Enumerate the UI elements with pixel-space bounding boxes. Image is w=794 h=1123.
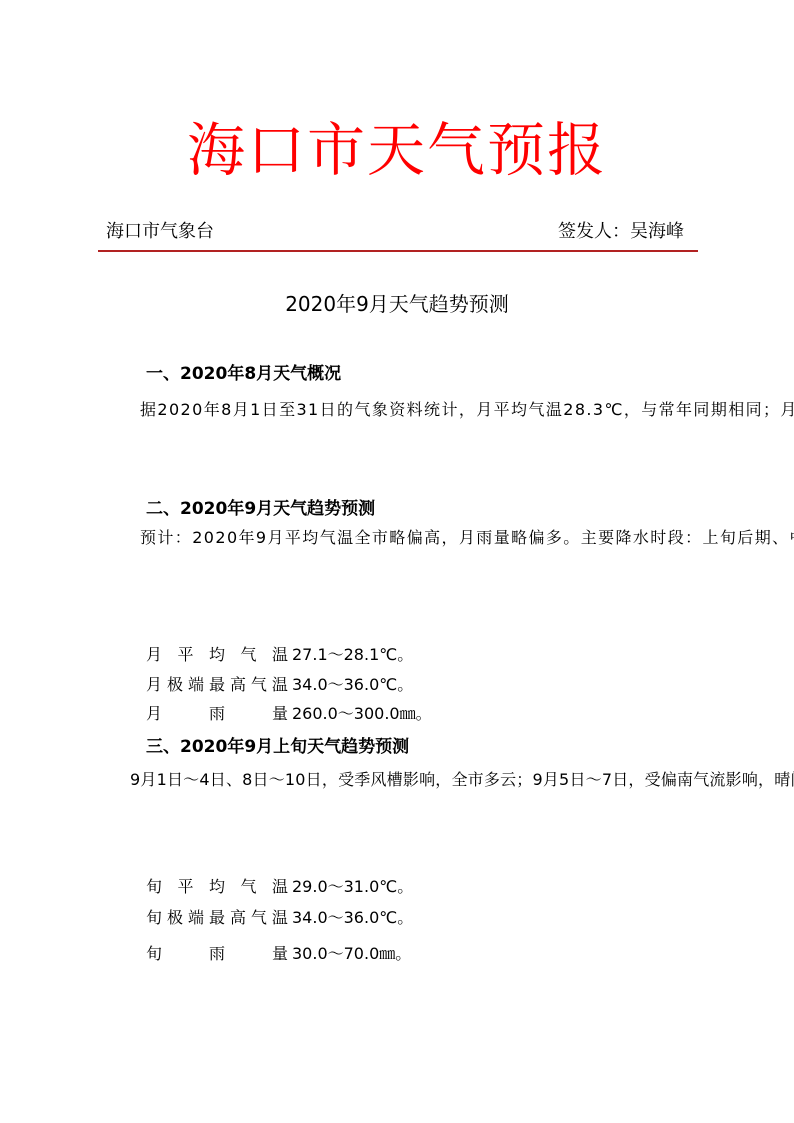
monthly-avg-temp-row: 月平均气温 27.1～28.1℃。 [146,643,413,667]
stat-value: 260.0～300.0㎜。 [292,702,432,726]
stat-label: 旬平均气温 [146,875,288,899]
stat-value: 34.0～36.0℃。 [292,673,413,697]
masthead-title: 海口市天气预报 [0,112,794,188]
monthly-max-temp-row: 月极端最高气温 34.0～36.0℃。 [146,673,413,697]
header-divider [98,250,698,252]
dekad-max-temp-row: 旬极端最高气温 34.0～36.0℃。 [146,906,413,930]
dekad-avg-temp-row: 旬平均气温 29.0～31.0℃。 [146,875,413,899]
section-3-body: 9月1日～4日、8日～10日，受季风槽影响，全市多云；9月5日～7日，受偏南气流… [106,762,696,798]
section-2-heading: 二、2020年9月天气趋势预测 [146,497,375,521]
stat-value: 34.0～36.0℃。 [292,906,413,930]
section-1-body: 据2020年8月1日至31日的气象资料统计，月平均气温28.3℃，与常年同期相同… [106,392,696,428]
section-2-body: 预计：2020年9月平均气温全市略偏高，月雨量略偏多。主要降水时段：上旬后期、中… [106,520,696,556]
stat-label: 月极端最高气温 [146,673,288,697]
stat-label: 旬极端最高气温 [146,906,288,930]
signer-name: 签发人：吴海峰 [558,220,684,244]
monthly-rainfall-row: 月雨量 260.0～300.0㎜。 [146,702,432,726]
stat-value: 30.0～70.0㎜。 [292,942,411,966]
section-1-heading: 一、2020年8月天气概况 [146,362,341,386]
issuer-name: 海口市气象台 [106,220,214,244]
section-1-paragraph: 据2020年8月1日至31日的气象资料统计，月平均气温28.3℃，与常年同期相同… [106,392,696,428]
stat-value: 29.0～31.0℃。 [292,875,413,899]
document-title: 2020年9月天气趋势预测 [0,290,794,318]
stat-value: 27.1～28.1℃。 [292,643,413,667]
stat-label: 月雨量 [146,702,288,726]
section-3-paragraph: 9月1日～4日、8日～10日，受季风槽影响，全市多云；9月5日～7日，受偏南气流… [106,762,696,798]
stat-label: 月平均气温 [146,643,288,667]
section-3-heading: 三、2020年9月上旬天气趋势预测 [146,735,409,759]
section-2-paragraph: 预计：2020年9月平均气温全市略偏高，月雨量略偏多。主要降水时段：上旬后期、中… [106,520,696,556]
dekad-rainfall-row: 旬雨量 30.0～70.0㎜。 [146,942,411,966]
stat-label: 旬雨量 [146,942,288,966]
